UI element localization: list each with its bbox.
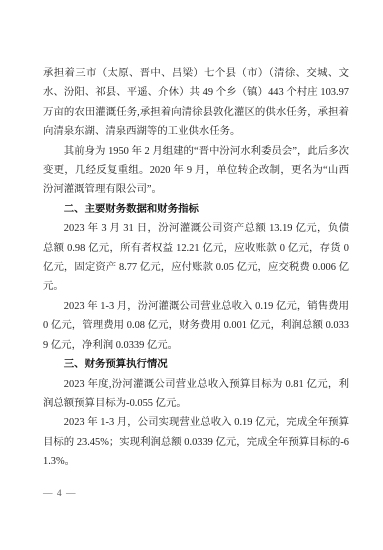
para-company-history: 其前身为 1950 年 2 月组建的“晋中汾河水利委员会”，此后多次变更，几经反… xyxy=(43,142,349,200)
para-income-statement: 2023 年 1-3 月，汾河灌溉公司营业总收入 0.19 亿元，销售费用 0 … xyxy=(43,297,349,355)
heading-financial-data: 二、主要财务数据和财务指标 xyxy=(43,200,349,219)
document-page: 承担着三市（太原、晋中、吕梁）七个县（市）（清徐、交城、文水、汾阳、祁县、平遥、… xyxy=(0,0,383,550)
document-body: 承担着三市（太原、晋中、吕梁）七个县（市）（清徐、交城、文水、汾阳、祁县、平遥、… xyxy=(43,64,349,472)
para-budget-completion: 2023 年 1-3 月，公司实现营业总收入 0.19 亿元，完成全年预算目标的… xyxy=(43,413,349,471)
heading-budget-execution: 三、财务预算执行情况 xyxy=(43,355,349,374)
page-number: — 4 — xyxy=(43,488,77,500)
para-budget-targets: 2023 年度,汾河灌溉公司营业总收入预算目标为 0.81 亿元，利润总额预算目… xyxy=(43,375,349,414)
para-balance-sheet: 2023 年 3 月 31 日，汾河灌溉公司资产总额 13.19 亿元，负债总额… xyxy=(43,219,349,297)
para-irrigation-scope: 承担着三市（太原、晋中、吕梁）七个县（市）（清徐、交城、文水、汾阳、祁县、平遥、… xyxy=(43,64,349,142)
